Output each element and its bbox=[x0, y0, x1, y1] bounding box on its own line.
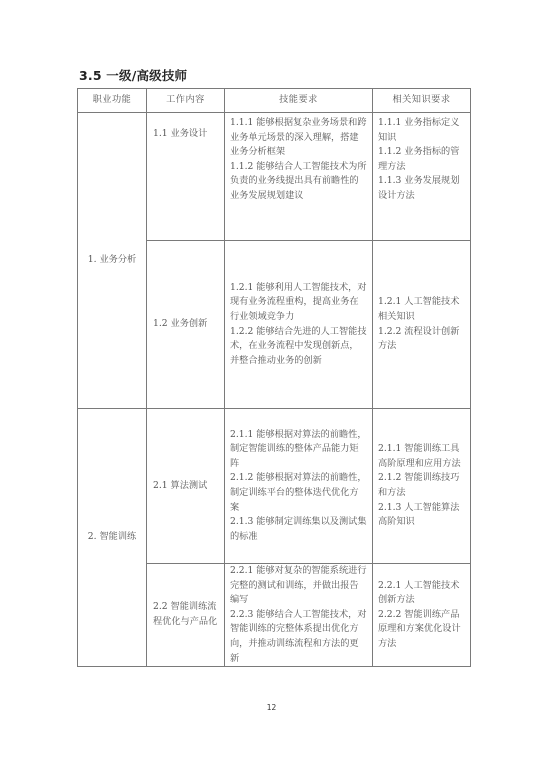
knowledge-item: 2.2.1 人工智能技术创新方法 bbox=[378, 579, 465, 608]
knowledge-cell: 2.2.1 人工智能技术创新方法 2.2.2 智能训练产品原理和方案优化设计方法 bbox=[373, 564, 471, 667]
section-title: 3.5 一级/高级技师 bbox=[79, 66, 187, 84]
work-cell: 1.1 业务设计 bbox=[147, 113, 225, 241]
skills-cell: 2.2.1 能够对复杂的智能系统进行完整的测试和训练，并做出报告编写 2.2.3… bbox=[225, 564, 373, 667]
function-cell: 1. 业务分析 bbox=[78, 113, 147, 409]
header-skills: 技能要求 bbox=[225, 89, 373, 113]
knowledge-item: 1.1.1 业务指标定义知识 bbox=[378, 116, 465, 145]
knowledge-item: 1.1.2 业务指标的管理方法 bbox=[378, 145, 465, 174]
skill-item: 1.1.2 能够结合人工智能技术为所负责的业务线提出具有前瞻性的业务发展规划建议 bbox=[230, 160, 367, 204]
header-work: 工作内容 bbox=[147, 89, 225, 113]
work-cell: 2.2 智能训练流程优化与产品化 bbox=[147, 564, 225, 667]
skill-item: 1.1.1 能够根据复杂业务场景和跨业务单元场景的深入理解，搭建业务分析框架 bbox=[230, 116, 367, 160]
knowledge-item: 2.1.2 智能训练技巧和方法 bbox=[378, 471, 465, 500]
skill-item: 2.2.1 能够对复杂的智能系统进行完整的测试和训练，并做出报告编写 bbox=[230, 564, 367, 608]
knowledge-item: 2.1.1 智能训练工具高阶原理和应用方法 bbox=[378, 442, 465, 471]
table-row: 1. 业务分析 1.1 业务设计 1.1.1 能够根据复杂业务场景和跨业务单元场… bbox=[78, 113, 471, 241]
function-cell: 2. 智能训练 bbox=[78, 409, 147, 667]
knowledge-item: 1.2.2 流程设计创新方法 bbox=[378, 325, 465, 354]
knowledge-item: 1.1.3 业务发展规划设计方法 bbox=[378, 174, 465, 203]
skills-cell: 1.2.1 能够利用人工智能技术，对现有业务流程重构，提高业务在行业领域竞争力 … bbox=[225, 241, 373, 409]
knowledge-cell: 1.2.1 人工智能技术相关知识 1.2.2 流程设计创新方法 bbox=[373, 241, 471, 409]
knowledge-cell: 1.1.1 业务指标定义知识 1.1.2 业务指标的管理方法 1.1.3 业务发… bbox=[373, 113, 471, 241]
header-function: 职业功能 bbox=[78, 89, 147, 113]
table-row: 2. 智能训练 2.1 算法测试 2.1.1 能够根据对算法的前瞻性，制定智能训… bbox=[78, 409, 471, 564]
page-number: 12 bbox=[0, 703, 543, 712]
skill-item: 2.1.2 能够根据对算法的前瞻性，制定训练平台的整体迭代优化方案 bbox=[230, 471, 367, 515]
skill-item: 1.2.2 能够结合先进的人工智能技术，在业务流程中发现创新点，并整合推动业务的… bbox=[230, 325, 367, 369]
knowledge-cell: 2.1.1 智能训练工具高阶原理和应用方法 2.1.2 智能训练技巧和方法 2.… bbox=[373, 409, 471, 564]
knowledge-item: 2.2.2 智能训练产品原理和方案优化设计方法 bbox=[378, 608, 465, 652]
skills-table: 职业功能 工作内容 技能要求 相关知识要求 1. 业务分析 1.1 业务设计 1… bbox=[77, 88, 471, 667]
skill-item: 1.2.1 能够利用人工智能技术，对现有业务流程重构，提高业务在行业领域竞争力 bbox=[230, 281, 367, 325]
table-header-row: 职业功能 工作内容 技能要求 相关知识要求 bbox=[78, 89, 471, 113]
skills-cell: 2.1.1 能够根据对算法的前瞻性，制定智能训练的整体产品能力矩阵 2.1.2 … bbox=[225, 409, 373, 564]
knowledge-item: 1.2.1 人工智能技术相关知识 bbox=[378, 295, 465, 324]
skills-cell: 1.1.1 能够根据复杂业务场景和跨业务单元场景的深入理解，搭建业务分析框架 1… bbox=[225, 113, 373, 241]
work-cell: 1.2 业务创新 bbox=[147, 241, 225, 409]
skill-item: 2.1.1 能够根据对算法的前瞻性，制定智能训练的整体产品能力矩阵 bbox=[230, 428, 367, 472]
skill-item: 2.1.3 能够制定训练集以及测试集的标准 bbox=[230, 515, 367, 544]
header-knowledge: 相关知识要求 bbox=[373, 89, 471, 113]
work-cell: 2.1 算法测试 bbox=[147, 409, 225, 564]
knowledge-item: 2.1.3 人工智能算法高阶知识 bbox=[378, 501, 465, 530]
skill-item: 2.2.3 能够结合人工智能技术，对智能训练的完整体系提出优化方向，并推动训练流… bbox=[230, 608, 367, 666]
